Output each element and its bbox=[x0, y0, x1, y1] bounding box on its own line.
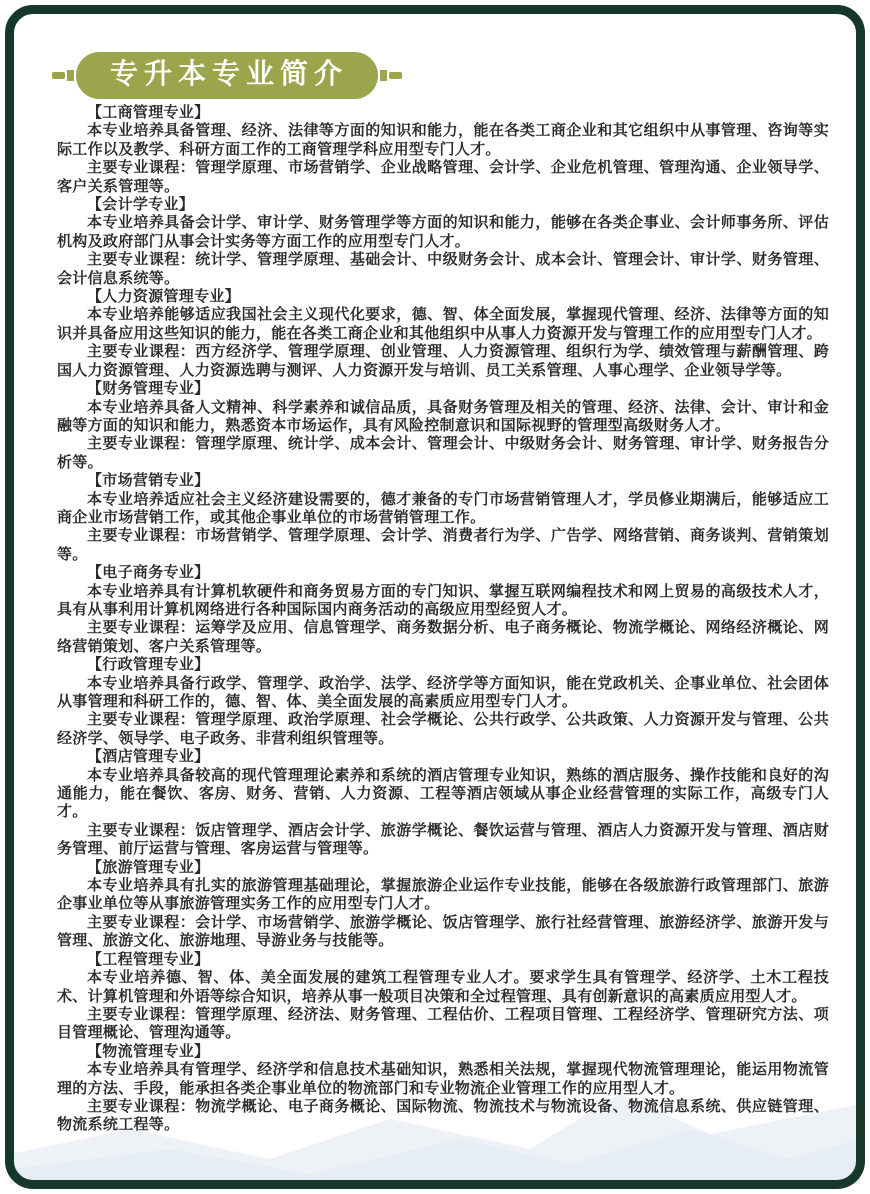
major-intro: 本专业培养具备管理、经济、法律等方面的知识和能力，能在各类工商企业和其它组织中从… bbox=[57, 122, 829, 159]
major-intro: 本专业培养具有计算机软硬件和商务贸易方面的专门知识、掌握互联网编程技术和网上贸易… bbox=[57, 583, 829, 620]
major-courses: 主要专业课程：运筹学及应用、信息管理学、商务数据分析、电子商务概论、物流学概论、… bbox=[57, 619, 829, 656]
major-courses: 主要专业课程：物流学概论、电子商务概论、国际物流、物流技术与物流设备、物流信息系… bbox=[57, 1098, 829, 1135]
banner-left-dash-icon bbox=[52, 72, 65, 79]
major-section: 【电子商务专业】 本专业培养具有计算机软硬件和商务贸易方面的专门知识、掌握互联网… bbox=[57, 564, 829, 656]
major-intro: 本专业培养适应社会主义经济建设需要的，德才兼备的专门市场营销管理人才，学员修业期… bbox=[57, 491, 829, 528]
banner-right-dash-icon bbox=[389, 72, 402, 79]
major-introductions: 【工商管理专业】 本专业培养具备管理、经济、法律等方面的知识和能力，能在各类工商… bbox=[57, 104, 829, 1135]
major-section: 【酒店管理专业】 本专业培养具备较高的现代管理理论素养和系统的酒店管理专业知识，… bbox=[57, 748, 829, 858]
page-title-text: 专升本专业简介 bbox=[110, 58, 348, 89]
major-section: 【市场营销专业】 本专业培养适应社会主义经济建设需要的，德才兼备的专门市场营销管… bbox=[57, 472, 829, 564]
major-title: 【会计学专业】 bbox=[57, 196, 829, 214]
major-section: 【工商管理专业】 本专业培养具备管理、经济、法律等方面的知识和能力，能在各类工商… bbox=[57, 104, 829, 196]
major-title: 【财务管理专业】 bbox=[57, 380, 829, 398]
major-title: 【物流管理专业】 bbox=[57, 1043, 829, 1061]
page-title: 专升本专业简介 bbox=[76, 52, 378, 99]
major-courses: 主要专业课程：管理学原理、市场营销学、企业战略管理、会计学、企业危机管理、管理沟… bbox=[57, 159, 829, 196]
major-intro: 本专业培养具有扎实的旅游管理基础理论，掌握旅游企业运作专业技能，能够在各级旅游行… bbox=[57, 877, 829, 914]
major-intro: 本专业培养具备会计学、审计学、财务管理学等方面的知识和能力，能够在各类企事业、会… bbox=[57, 214, 829, 251]
banner-right-stem-icon bbox=[380, 70, 387, 81]
major-intro: 本专业培养能够适应我国社会主义现代化要求，德、智、体全面发展，掌握现代管理、经济… bbox=[57, 306, 829, 343]
major-intro: 本专业培养具备较高的现代管理理论素养和系统的酒店管理专业知识，熟练的酒店服务、操… bbox=[57, 767, 829, 822]
major-intro: 本专业培养德、智、体、美全面发展的建筑工程管理专业人才。要求学生具有管理学、经济… bbox=[57, 969, 829, 1006]
major-section: 【会计学专业】 本专业培养具备会计学、审计学、财务管理学等方面的知识和能力，能够… bbox=[57, 196, 829, 288]
major-title: 【电子商务专业】 bbox=[57, 564, 829, 582]
major-section: 【旅游管理专业】 本专业培养具有扎实的旅游管理基础理论，掌握旅游企业运作专业技能… bbox=[57, 859, 829, 951]
major-courses: 主要专业课程：会计学、市场营销学、旅游学概论、饭店管理学、旅行社经营管理、旅游经… bbox=[57, 914, 829, 951]
major-section: 【工程管理专业】 本专业培养德、智、体、美全面发展的建筑工程管理专业人才。要求学… bbox=[57, 951, 829, 1043]
major-intro: 本专业培养具备行政学、管理学、政治学、法学、经济学等方面知识，能在党政机关、企事… bbox=[57, 675, 829, 712]
major-intro: 本专业培养具备人文精神、科学素养和诚信品质，具备财务管理及相关的管理、经济、法律… bbox=[57, 399, 829, 436]
major-title: 【市场营销专业】 bbox=[57, 472, 829, 490]
major-courses: 主要专业课程：统计学、管理学原理、基础会计、中级财务会计、成本会计、管理会计、审… bbox=[57, 251, 829, 288]
major-section: 【人力资源管理专业】 本专业培养能够适应我国社会主义现代化要求，德、智、体全面发… bbox=[57, 288, 829, 380]
major-section: 【财务管理专业】 本专业培养具备人文精神、科学素养和诚信品质，具备财务管理及相关… bbox=[57, 380, 829, 472]
major-title: 【工程管理专业】 bbox=[57, 951, 829, 969]
major-title: 【工商管理专业】 bbox=[57, 104, 829, 122]
major-courses: 主要专业课程：管理学原理、统计学、成本会计、管理会计、中级财务会计、财务管理、审… bbox=[57, 435, 829, 472]
major-title: 【人力资源管理专业】 bbox=[57, 288, 829, 306]
major-courses: 主要专业课程：市场营销学、管理学原理、会计学、消费者行为学、广告学、网络营销、商… bbox=[57, 527, 829, 564]
banner-left-stem-icon bbox=[67, 70, 74, 81]
major-courses: 主要专业课程：管理学原理、政治学原理、社会学概论、公共行政学、公共政策、人力资源… bbox=[57, 711, 829, 748]
major-section: 【物流管理专业】 本专业培养具有管理学、经济学和信息技术基础知识，熟悉相关法规，… bbox=[57, 1043, 829, 1135]
major-courses: 主要专业课程：饭店管理学、酒店会计学、旅游学概论、餐饮运营与管理、酒店人力资源开… bbox=[57, 822, 829, 859]
page-title-banner: 专升本专业简介 bbox=[52, 52, 402, 99]
major-title: 【旅游管理专业】 bbox=[57, 859, 829, 877]
major-title: 【行政管理专业】 bbox=[57, 656, 829, 674]
major-courses: 主要专业课程：管理学原理、经济法、财务管理、工程估价、工程项目管理、工程经济学、… bbox=[57, 1006, 829, 1043]
major-title: 【酒店管理专业】 bbox=[57, 748, 829, 766]
major-courses: 主要专业课程：西方经济学、管理学原理、创业管理、人力资源管理、组织行为学、绩效管… bbox=[57, 343, 829, 380]
major-section: 【行政管理专业】 本专业培养具备行政学、管理学、政治学、法学、经济学等方面知识，… bbox=[57, 656, 829, 748]
major-intro: 本专业培养具有管理学、经济学和信息技术基础知识，熟悉相关法规，掌握现代物流管理理… bbox=[57, 1061, 829, 1098]
